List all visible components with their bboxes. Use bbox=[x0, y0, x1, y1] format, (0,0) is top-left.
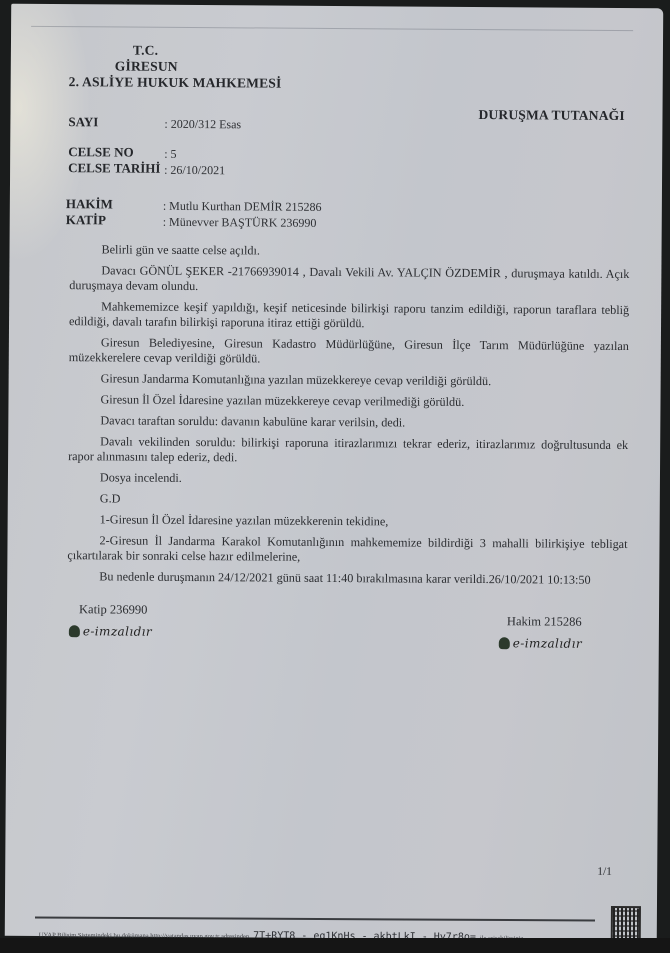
clerk-esign-text: e-imzalıdır bbox=[83, 624, 152, 638]
paragraph: Dosya incelendi. bbox=[68, 470, 628, 489]
judge-signature-label: Hakim 215286 bbox=[507, 614, 582, 630]
session-number-label: CELSE NO bbox=[68, 144, 134, 160]
judge-value: : Mutlu Kurthan DEMİR 215286 bbox=[163, 199, 322, 215]
country-heading: T.C. bbox=[133, 43, 158, 59]
session-number-value: : 5 bbox=[164, 147, 176, 162]
session-date-value: : 26/10/2021 bbox=[164, 163, 225, 178]
paragraph: Davalı vekilinden soruldu: bilirkişi rap… bbox=[68, 434, 628, 468]
page-number: 1/1 bbox=[597, 866, 612, 878]
clerk-label: KATİP bbox=[66, 212, 106, 228]
paragraph: Giresun Jandarma Komutanlığına yazılan m… bbox=[69, 371, 629, 390]
paragraph: Mahkememizce keşif yapıldığı, keşif neti… bbox=[69, 299, 629, 333]
paragraph: G.D bbox=[68, 491, 628, 510]
minutes-body: Belirli gün ve saatte celse açıldı. Dava… bbox=[67, 242, 629, 594]
judge-signature: Hakim 215286 e-imzalıdır bbox=[11, 4, 663, 9]
case-number-label: SAYI bbox=[68, 114, 98, 130]
session-date-label: CELSE TARİHİ bbox=[68, 160, 160, 177]
paragraph: 1-Giresun İl Özel İdaresine yazılan müze… bbox=[68, 512, 628, 531]
paragraph: 2-Giresun İl Jandarma Karakol Komutanlığ… bbox=[67, 533, 627, 567]
court-heading: 2. ASLİYE HUKUK MAHKEMESİ bbox=[69, 74, 282, 91]
paragraph: Giresun İl Özel İdaresine yazılan müzekk… bbox=[68, 392, 628, 411]
clerk-signature: Katip 236990 e-imzalıdır bbox=[11, 4, 663, 9]
paragraph: Davacı GÖNÜL ŞEKER -21766939014 , Davalı… bbox=[69, 263, 629, 297]
e-signature-seal-icon bbox=[499, 637, 510, 649]
clerk-value: : Münevver BAŞTÜRK 236990 bbox=[163, 215, 317, 231]
paragraph: Belirli gün ve saatte celse açıldı. bbox=[69, 242, 629, 261]
document-type-heading: DURUŞMA TUTANAĞI bbox=[478, 107, 624, 124]
paragraph: Bu nedenle duruşmanın 24/12/2021 günü sa… bbox=[67, 569, 627, 588]
case-info-block: SAYI : 2020/312 Esas CELSE NO : 5 CELSE … bbox=[11, 4, 663, 9]
paragraph: Giresun Belediyesine, Giresun Kadastro M… bbox=[69, 335, 629, 369]
officials-block: HAKİM : Mutlu Kurthan DEMİR 215286 KATİP… bbox=[11, 4, 663, 9]
e-signature-seal-icon bbox=[69, 625, 80, 637]
document-page: T.C. GİRESUN 2. ASLİYE HUKUK MAHKEMESİ D… bbox=[5, 4, 663, 941]
judge-label: HAKİM bbox=[66, 196, 113, 212]
clerk-signature-label: Katip 236990 bbox=[79, 602, 148, 617]
background-surface bbox=[0, 938, 670, 953]
judge-esign-text: e-imzalıdır bbox=[513, 636, 582, 650]
paragraph: Davacı taraftan soruldu: davanın kabulün… bbox=[68, 413, 628, 432]
city-heading: GİRESUN bbox=[115, 58, 178, 74]
case-number-value: : 2020/312 Esas bbox=[164, 117, 241, 133]
page-top-rule bbox=[31, 26, 633, 31]
